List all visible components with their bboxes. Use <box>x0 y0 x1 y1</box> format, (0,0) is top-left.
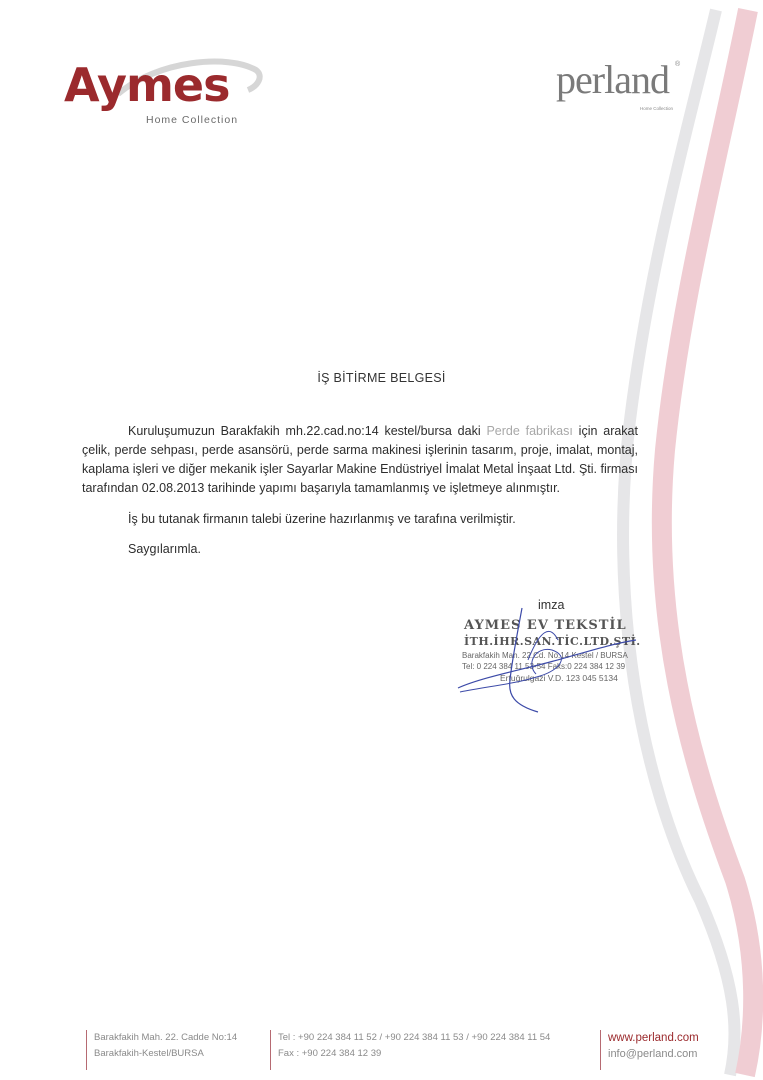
footer-address-line-2: Barakfakih-Kestel/BURSA <box>94 1046 237 1062</box>
company-stamp: AYMES EV TEKSTİL İTH.İHR.SAN.TİC.LTD.ŞTİ… <box>460 614 650 694</box>
decorative-swoosh <box>0 0 763 1080</box>
perland-logo: perland ® Home Collection <box>556 56 696 120</box>
statement-line: İş bu tutanak firmanın talebi üzerine ha… <box>128 512 516 526</box>
closing-line: Saygılarımla. <box>128 542 201 556</box>
main-paragraph: Kuruluşumuzun Barakfakih mh.22.cad.no:14… <box>82 422 638 498</box>
registered-mark-icon: ® <box>675 61 680 68</box>
paragraph-text-start: Kuruluşumuzun Barakfakih mh.22.cad.no:14… <box>128 424 486 438</box>
footer-address: Barakfakih Mah. 22. Cadde No:14 Barakfak… <box>86 1030 237 1062</box>
email-link[interactable]: info@perland.com <box>608 1046 699 1062</box>
website-link[interactable]: www.perland.com <box>608 1030 699 1046</box>
stamp-address: Barakfakih Mah. 22.Cd. No:14 Kestel / BU… <box>462 651 628 660</box>
aymes-tagline: Home Collection <box>146 114 238 126</box>
stamp-company-type: İTH.İHR.SAN.TİC.LTD.ŞTİ. <box>464 635 641 648</box>
footer-address-line-1: Barakfakih Mah. 22. Cadde No:14 <box>94 1030 237 1046</box>
letterhead-page: Aymes Home Collection perland ® Home Col… <box>0 0 763 1080</box>
perland-brand-name: perland <box>556 60 669 100</box>
perland-tagline: Home Collection <box>640 106 673 111</box>
signature-label: imza <box>538 598 564 612</box>
stamp-tax-office: Ertuğrulgazi V.D. 123 045 5134 <box>500 673 618 683</box>
document-title: İŞ BİTİRME BELGESİ <box>0 371 763 385</box>
aymes-brand-name: Aymes <box>64 62 229 108</box>
footer-contact: Tel : +90 224 384 11 52 / +90 224 384 11… <box>270 1030 550 1062</box>
footer-web: www.perland.com info@perland.com <box>600 1030 699 1062</box>
footer-fax: Fax : +90 224 384 12 39 <box>278 1046 550 1062</box>
footer-phone: Tel : +90 224 384 11 52 / +90 224 384 11… <box>278 1030 550 1046</box>
stamp-phone: Tel: 0 224 384 11 53-54 Faks:0 224 384 1… <box>462 662 625 671</box>
aymes-logo: Aymes Home Collection <box>58 48 268 138</box>
paragraph-highlight: Perde fabrikası <box>486 424 572 438</box>
stamp-company-name: AYMES EV TEKSTİL <box>464 618 627 633</box>
